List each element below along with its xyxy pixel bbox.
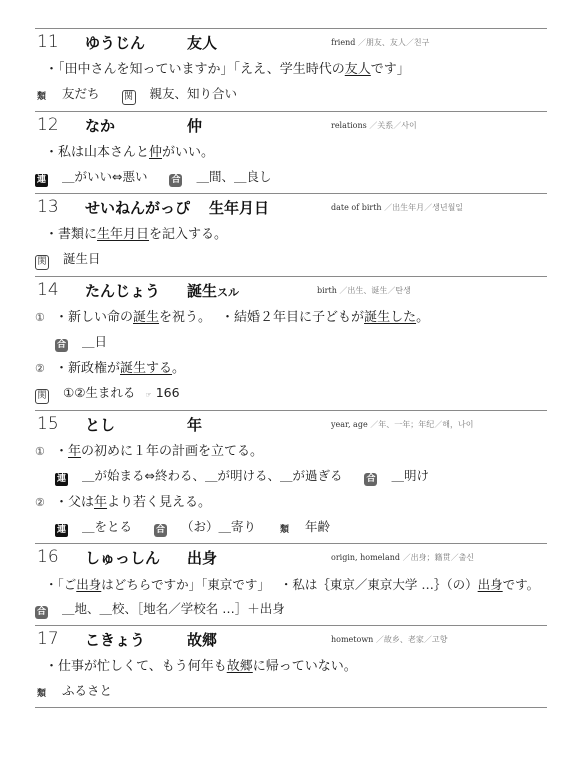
vocab-entry-11: 11 ゆうじん 友人 friend ／朋友、友人／친구 ・「田中さんを知っていま… — [35, 29, 547, 111]
gloss-en: relations — [331, 121, 367, 130]
synonym-text: 年齢 — [305, 519, 330, 534]
example-text: ・書類に — [45, 227, 97, 242]
example-text: ・「ご — [45, 577, 76, 592]
sense-marker: ② — [35, 495, 55, 510]
example-sentence: ①・年の初めに１年の計画を立てる。 — [35, 435, 547, 461]
related-words: 関誕生日 — [35, 244, 547, 270]
example-text: ・「田中さんを知っていますか」「ええ、学生時代の — [45, 62, 345, 77]
vocab-entry-12: 12 なか 仲 relations ／关系／사이 ・私は山本さんと仲がいい。 連… — [35, 112, 547, 193]
entry-gloss: date of birth ／出生年月／생년월일 — [331, 202, 463, 213]
related-words: 合＿地、＿校、［地名／学校名 …］＋出身 — [35, 594, 547, 619]
gloss-ko: 고향 — [432, 635, 447, 644]
entry-gloss: origin, homeland ／出身；籍贯／출신 — [331, 552, 474, 563]
vocab-entry-15: 15 とし 年 year, age ／年、一年；年纪／해，나이 ①・年の初めに１… — [35, 411, 547, 543]
sense-marker: ② — [35, 361, 55, 376]
gloss-zh: 故乡、老家 — [384, 635, 424, 644]
example-text: がいい。 — [162, 145, 214, 160]
collocation-text: ＿をとる — [82, 519, 132, 534]
example-text: を記入する。 — [149, 227, 227, 242]
example-text: ・父は — [55, 495, 94, 510]
gloss-separator: ／ — [406, 38, 414, 47]
gloss-zh: 关系 — [377, 121, 393, 130]
example-text: ・ — [55, 444, 68, 459]
synonym-badge: 類 — [278, 524, 291, 537]
compound-text: ＿地、＿校、［地名／学校名 …］＋出身 — [62, 601, 285, 616]
collocation-text: ＿がいい⇔悪い — [62, 169, 147, 184]
example-text: です。 — [503, 577, 540, 592]
gloss-ko: 탄생 — [395, 286, 410, 295]
compound-badge: 合 — [364, 473, 377, 486]
compound-badge: 合 — [35, 606, 48, 619]
entry-gloss: birth ／出生、诞生／탄생 — [317, 285, 411, 296]
entry-kanji: 誕生スル — [187, 280, 239, 301]
example-target-word: 年 — [68, 444, 81, 459]
example-sentence: ・「田中さんを知っていますか」「ええ、学生時代の友人です」 — [35, 53, 547, 79]
entry-kanji: 出身 — [187, 547, 217, 568]
gloss-zh: 年、一年；年纪 — [378, 420, 434, 429]
entry-gloss: hometown ／故乡、老家／고향 — [331, 634, 447, 645]
related-words: 連＿がいい⇔悪い 合＿間、＿良し — [35, 162, 547, 187]
entry-reading: ゆうじん — [85, 32, 145, 53]
entry-header: 17 こきょう 故郷 hometown ／故乡、老家／고향 — [35, 626, 547, 650]
gloss-ko: 사이 — [401, 121, 416, 130]
example-target-word: 故郷 — [227, 659, 253, 674]
related-badge: 関 — [35, 389, 49, 404]
gloss-en: date of birth — [331, 203, 382, 212]
entry-header: 14 たんじょう 誕生スル birth ／出生、诞生／탄생 — [35, 277, 547, 301]
related-words: 合＿日 — [35, 327, 547, 352]
gloss-en: birth — [317, 286, 337, 295]
gloss-ko: 친구 — [414, 38, 429, 47]
entry-number: 12 — [37, 115, 59, 135]
entry-kanji: 故郷 — [187, 629, 217, 650]
example-target-word: 誕生する — [120, 361, 172, 376]
example-sentence: ・私は山本さんと仲がいい。 — [35, 136, 547, 162]
suru-verb-marker: スル — [217, 286, 239, 299]
compound-text: ＿日 — [82, 334, 107, 349]
example-sentence: ・書類に生年月日を記入する。 — [35, 218, 547, 244]
entry-reading: こきょう — [85, 629, 145, 650]
entry-header: 11 ゆうじん 友人 friend ／朋友、友人／친구 — [35, 29, 547, 53]
collocation-badge: 連 — [55, 473, 68, 486]
example-text: 。 — [416, 310, 429, 325]
related-words: 連＿をとる 合（お）＿寄り 類年齢 — [35, 512, 547, 537]
entry-reading: なか — [85, 115, 115, 136]
collocation-text: ＿が始まる⇔終わる、＿が明ける、＿が過ぎる — [82, 468, 342, 483]
entry-header: 12 なか 仲 relations ／关系／사이 — [35, 112, 547, 136]
compound-badge: 合 — [154, 524, 167, 537]
gloss-separator: ／ — [424, 635, 432, 644]
entry-number: 11 — [37, 32, 59, 52]
sense-marker: ① — [35, 444, 55, 459]
example-target-word: 誕生 — [133, 310, 159, 325]
vocab-entry-14: 14 たんじょう 誕生スル birth ／出生、诞生／탄생 ①・新しい命の誕生を… — [35, 277, 547, 410]
example-sentence: ②・父は年より若く見える。 — [35, 486, 547, 512]
related-text: 誕生日 — [63, 251, 101, 266]
kanji-text: 誕生 — [187, 282, 217, 300]
gloss-zh: 出生年月 — [392, 203, 424, 212]
sense-marker: ① — [35, 310, 55, 325]
example-target-word: 生年月日 — [97, 227, 149, 242]
vocab-entry-13: 13 せいねんがっぴ 生年月日 date of birth ／出生年月／생년월일… — [35, 194, 547, 276]
synonym-badge: 類 — [35, 688, 48, 701]
example-text: です」 — [371, 62, 410, 77]
entry-gloss: friend ／朋友、友人／친구 — [331, 37, 429, 48]
gloss-separator: ／ — [384, 203, 392, 212]
gloss-separator: ／ — [358, 38, 366, 47]
entry-reading: せいねんがっぴ — [85, 197, 190, 218]
entry-header: 15 とし 年 year, age ／年、一年；年纪／해，나이 — [35, 411, 547, 435]
gloss-separator: ／ — [424, 203, 432, 212]
example-target-word: 出身 — [76, 577, 101, 592]
entry-reading: とし — [85, 414, 115, 435]
gloss-ko: 해，나이 — [442, 420, 473, 429]
cross-reference-link[interactable]: 166 — [156, 385, 180, 400]
entry-header: 16 しゅっしん 出身 origin, homeland ／出身；籍贯／출신 — [35, 544, 547, 568]
entry-kanji: 年 — [187, 414, 202, 435]
gloss-en: year, age — [331, 420, 368, 429]
collocation-badge: 連 — [35, 174, 48, 187]
example-text: はどちらですか」「東京です」 — [101, 577, 270, 592]
example-text: の初めに１年の計画を立てる。 — [81, 444, 263, 459]
entry-reading: たんじょう — [85, 280, 160, 301]
gloss-ko: 출신 — [459, 553, 474, 562]
gloss-separator: ／ — [451, 553, 459, 562]
compound-text: （お）＿寄り — [181, 519, 256, 534]
example-target-word: 仲 — [149, 145, 162, 160]
divider — [35, 707, 547, 708]
synonym-text: ふるさと — [62, 683, 112, 698]
entry-header: 13 せいねんがっぴ 生年月日 date of birth ／出生年月／생년월일 — [35, 194, 547, 218]
synonym-text: 友だち — [62, 86, 100, 101]
example-sentence: ②・新政権が誕生する。 — [35, 352, 547, 378]
compound-text: ＿明け — [391, 468, 429, 483]
entry-gloss: year, age ／年、一年；年纪／해，나이 — [331, 419, 473, 430]
synonym-badge: 類 — [35, 91, 48, 104]
related-words: 類友だち 関親友、知り合い — [35, 79, 547, 105]
gloss-zh: 朋友、友人 — [366, 38, 406, 47]
related-words: 類ふるさと — [35, 676, 547, 701]
entry-kanji: 友人 — [187, 32, 217, 53]
entry-reading: しゅっしん — [85, 547, 160, 568]
entry-number: 17 — [37, 629, 59, 649]
example-text: より若く見える。 — [107, 495, 211, 510]
related-text: ①②生まれる — [63, 385, 135, 400]
entry-number: 14 — [37, 280, 59, 300]
vocab-entry-17: 17 こきょう 故郷 hometown ／故乡、老家／고향 ・仕事が忙しくて、も… — [35, 626, 547, 707]
entry-number: 15 — [37, 414, 59, 434]
related-words: 関①②生まれる☞166 — [35, 378, 547, 404]
gloss-zh: 出生、诞生 — [347, 286, 387, 295]
example-text: ・仕事が忙しくて、もう何年も — [45, 659, 227, 674]
vocab-entry-16: 16 しゅっしん 出身 origin, homeland ／出身；籍贯／출신 ・… — [35, 544, 547, 625]
vocabulary-page: 11 ゆうじん 友人 friend ／朋友、友人／친구 ・「田中さんを知っていま… — [35, 28, 547, 708]
related-badge: 関 — [122, 90, 136, 105]
gloss-en: friend — [331, 38, 355, 47]
example-target-word: 誕生した — [364, 310, 416, 325]
gloss-zh: 出身；籍贯 — [411, 553, 451, 562]
related-text: 親友、知り合い — [150, 86, 238, 101]
compound-text: ＿間、＿良し — [196, 169, 271, 184]
entry-kanji: 仲 — [187, 115, 202, 136]
example-text: ・結婚２年目に子どもが — [221, 310, 364, 325]
example-target-word: 友人 — [345, 62, 371, 77]
example-target-word: 年 — [94, 495, 107, 510]
entry-gloss: relations ／关系／사이 — [331, 120, 417, 131]
related-words: 連＿が始まる⇔終わる、＿が明ける、＿が過ぎる 合＿明け — [35, 461, 547, 486]
gloss-en: hometown — [331, 635, 373, 644]
example-text: を祝う。 — [159, 310, 211, 325]
example-text: ・新しい命の — [55, 310, 133, 325]
compound-badge: 合 — [169, 174, 182, 187]
entry-kanji: 生年月日 — [209, 197, 269, 218]
entry-number: 16 — [37, 547, 59, 567]
example-text: ・私は｛東京／東京大学 …｝（の） — [280, 577, 478, 592]
example-target-word: 出身 — [478, 577, 503, 592]
gloss-ko: 생년월일 — [432, 203, 463, 212]
example-text: ・私は山本さんと — [45, 145, 149, 160]
example-sentence: ・「ご出身はどちらですか」「東京です」・私は｛東京／東京大学 …｝（の）出身です… — [35, 568, 547, 594]
example-text: 。 — [172, 361, 185, 376]
example-text: ・新政権が — [55, 361, 120, 376]
cross-reference-icon: ☞ — [145, 391, 151, 399]
example-sentence: ・仕事が忙しくて、もう何年も故郷に帰っていない。 — [35, 650, 547, 676]
gloss-separator: ／ — [403, 553, 411, 562]
compound-badge: 合 — [55, 339, 68, 352]
example-sentence: ①・新しい命の誕生を祝う。・結婚２年目に子どもが誕生した。 — [35, 301, 547, 327]
entry-number: 13 — [37, 197, 59, 217]
example-text: に帰っていない。 — [253, 659, 357, 674]
gloss-en: origin, homeland — [331, 553, 400, 562]
related-badge: 関 — [35, 255, 49, 270]
gloss-separator: ／ — [376, 635, 384, 644]
collocation-badge: 連 — [55, 524, 68, 537]
